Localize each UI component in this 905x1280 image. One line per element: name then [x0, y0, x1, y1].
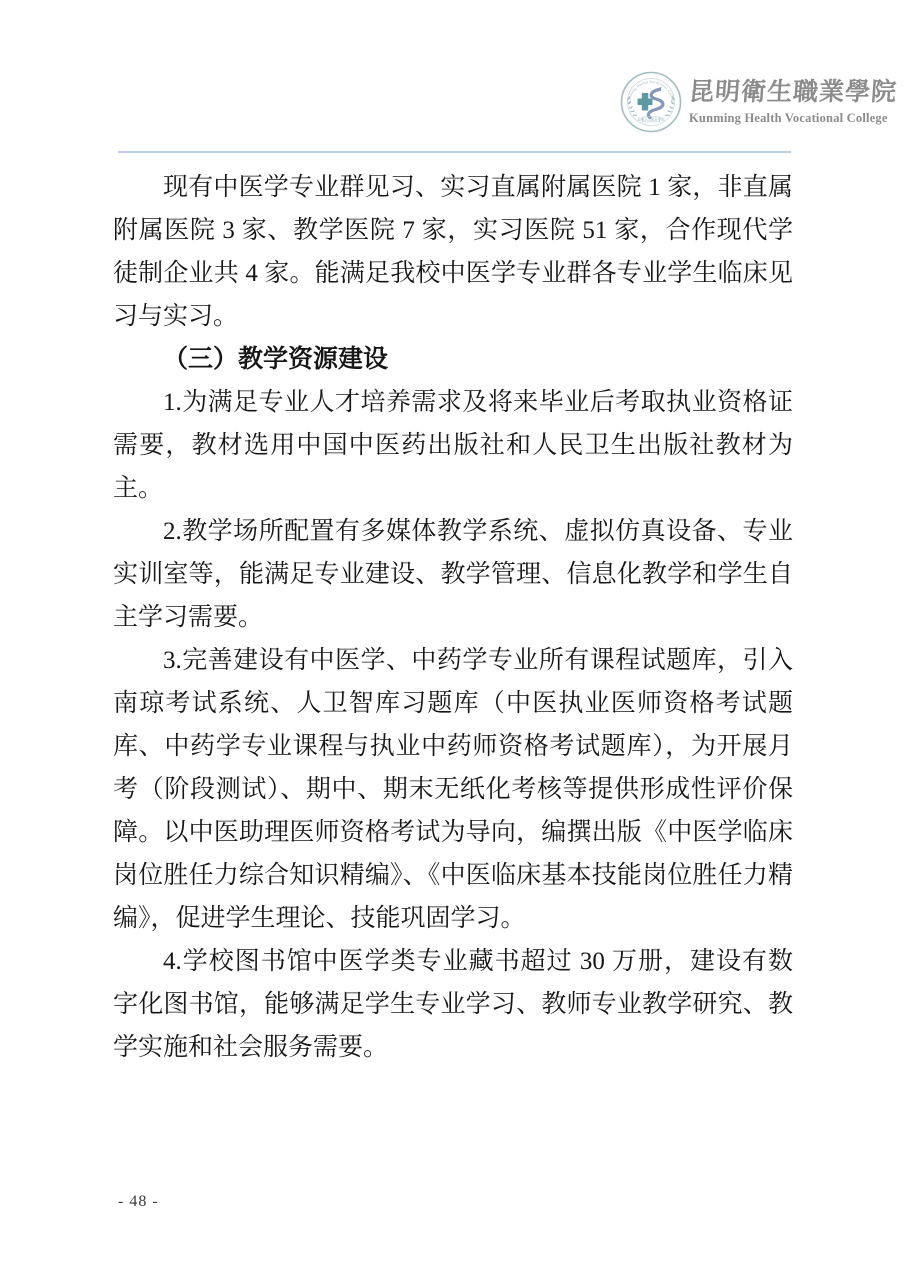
paragraph-question-banks: 3.完善建设有中医学、中药学专业所有课程试题库，引入南琼考试系统、人卫智库习题库…	[113, 639, 793, 940]
college-name-chinese: 昆明衛生職業學院	[688, 78, 898, 108]
header-divider	[118, 151, 791, 153]
section-heading-teaching-resources: （三）教学资源建设	[113, 338, 793, 381]
college-seal-icon: Kunming Health Vocational College 昆明卫生职业…	[619, 70, 683, 134]
college-names: 昆明衛生職業學院 Kunming Health Vocational Colle…	[689, 78, 897, 126]
seal-base-text: 昆明卫生职业学院	[637, 117, 665, 122]
page-header: Kunming Health Vocational College 昆明卫生职业…	[619, 70, 897, 134]
document-page: Kunming Health Vocational College 昆明卫生职业…	[0, 0, 905, 1280]
page-number: - 48 -	[118, 1193, 159, 1211]
college-name-english: Kunming Health Vocational College	[689, 111, 897, 126]
paragraph-teaching-facilities: 2.教学场所配置有多媒体教学系统、虚拟仿真设备、专业实训室等，能满足专业建设、教…	[113, 510, 793, 639]
paragraph-hospitals: 现有中医学专业群见习、实习直属附属医院 1 家，非直属附属医院 3 家、教学医院…	[113, 166, 793, 338]
paragraph-textbooks: 1.为满足专业人才培养需求及将来毕业后考取执业资格证需要，教材选用中国中医药出版…	[113, 381, 793, 510]
document-body: 现有中医学专业群见习、实习直属附属医院 1 家，非直属附属医院 3 家、教学医院…	[113, 166, 793, 1069]
paragraph-library: 4.学校图书馆中医学类专业藏书超过 30 万册，建设有数字化图书馆，能够满足学生…	[113, 940, 793, 1069]
